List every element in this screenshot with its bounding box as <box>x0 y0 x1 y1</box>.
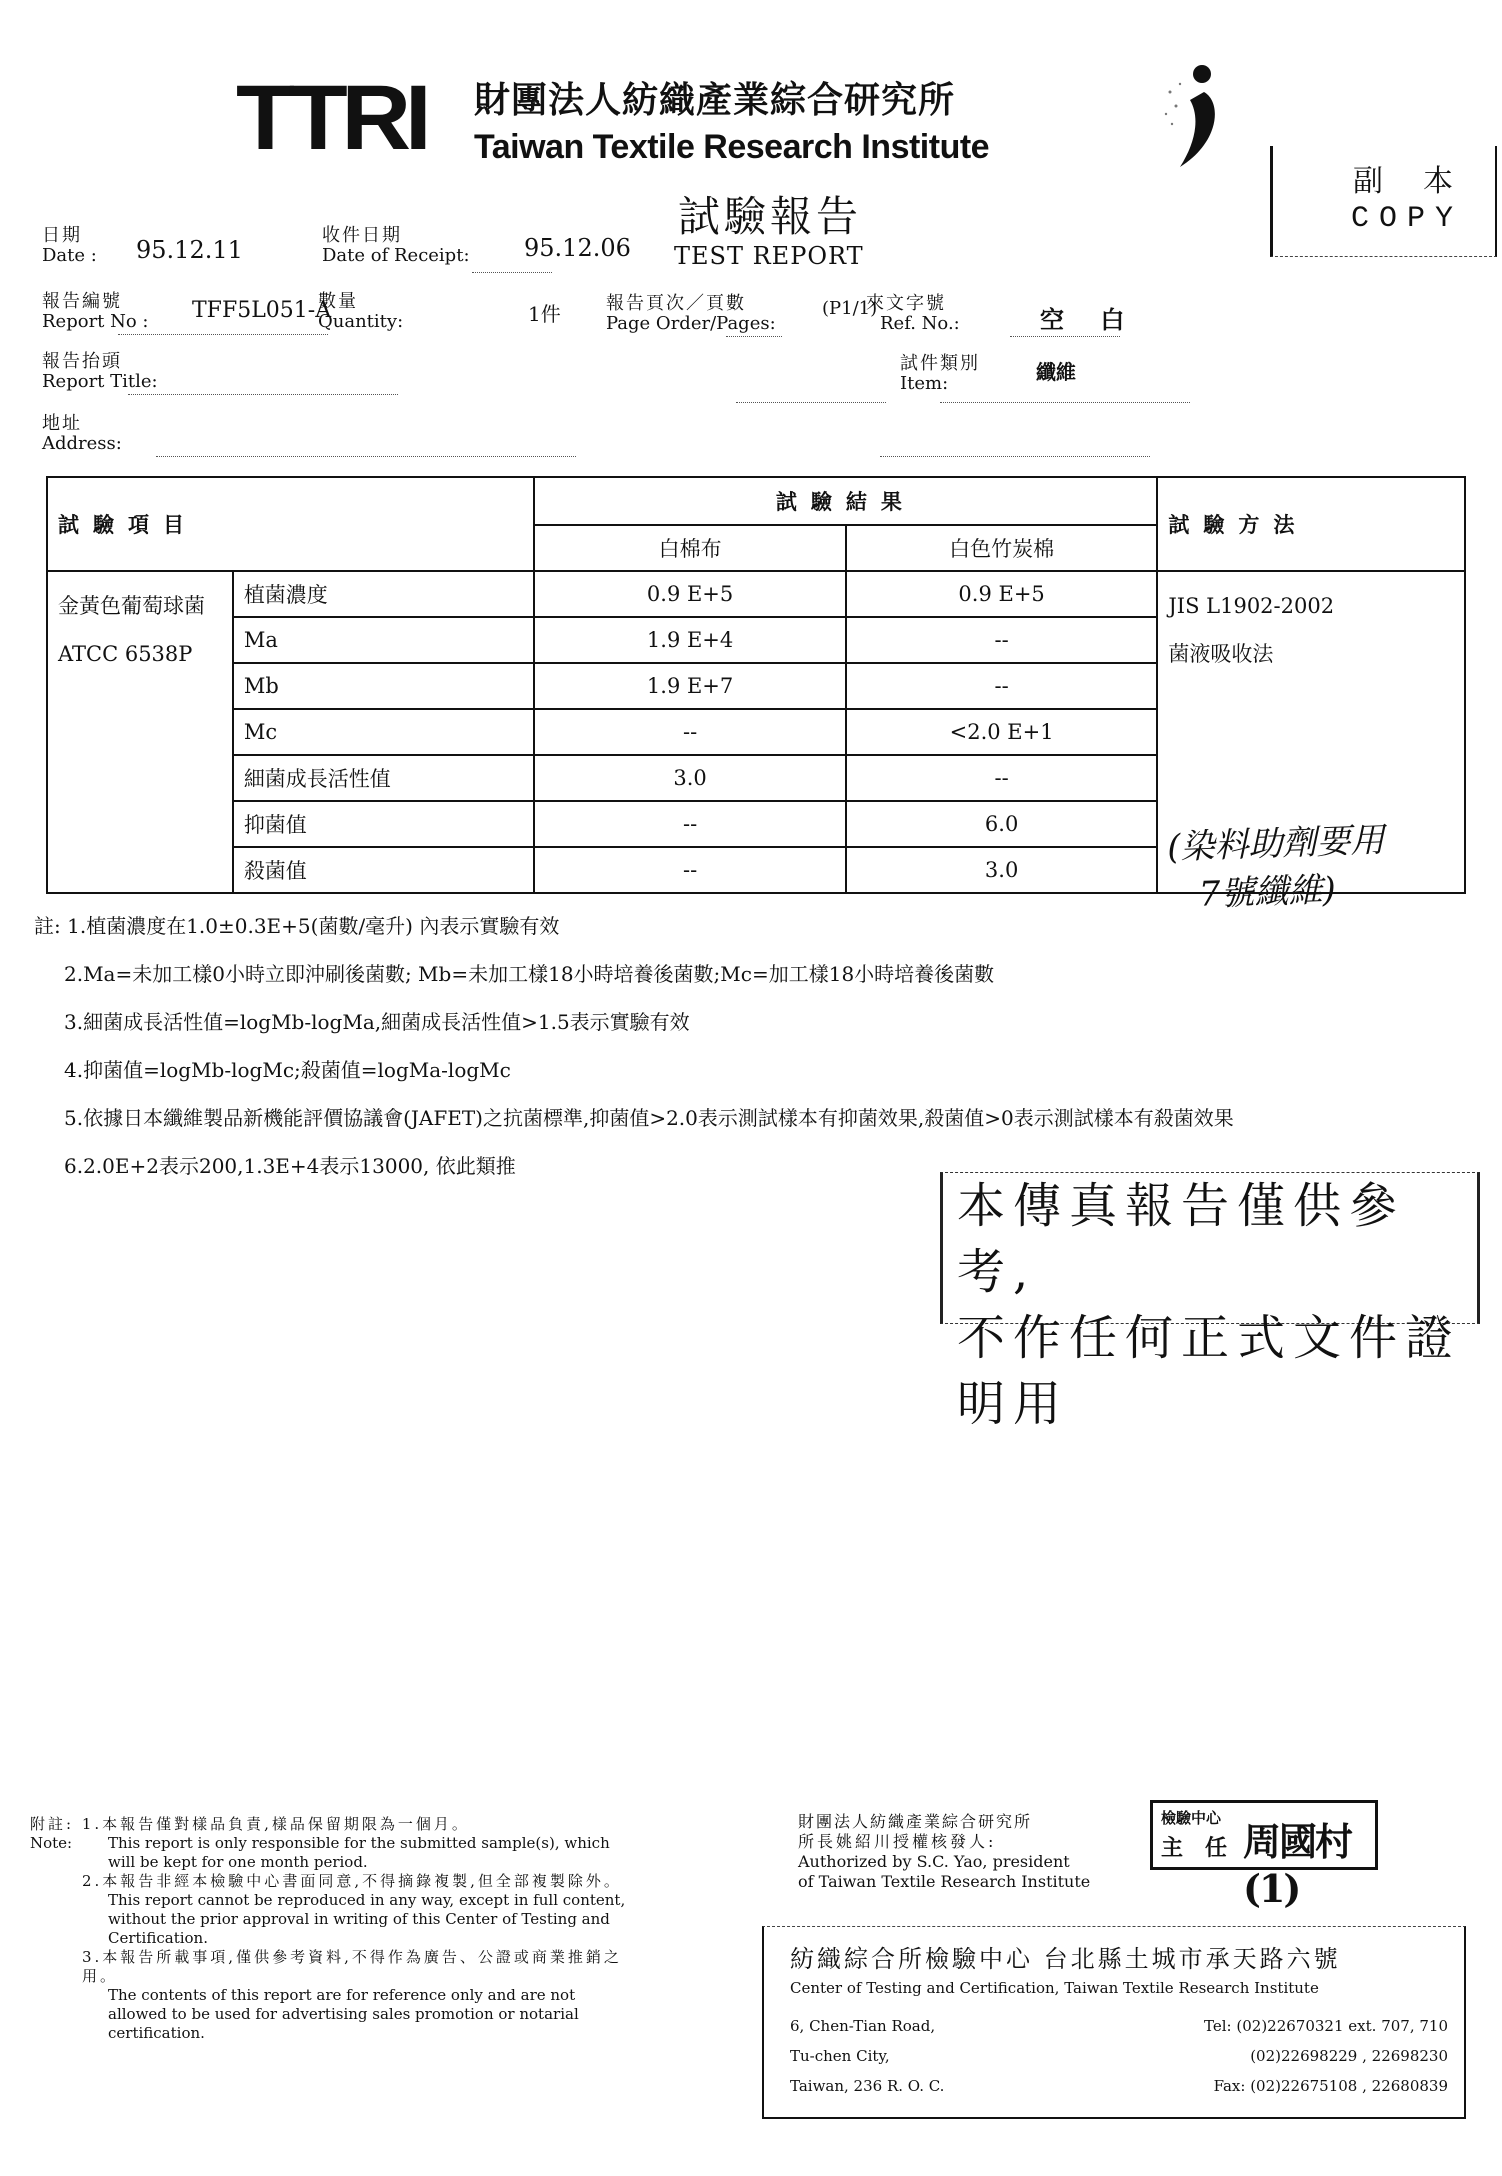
address-label: 地址Address: <box>42 414 122 454</box>
row-label: 殺菌值 <box>233 847 535 893</box>
report-no-value: TFF5L051-A <box>192 300 331 322</box>
report-title-cn: 試驗報告 <box>678 196 862 238</box>
row-value-a: 1.9 E+4 <box>534 617 846 663</box>
pages-label: 報告頁次／頁數Page Order/Pages: <box>606 294 776 334</box>
header-test-method: 試驗方法 <box>1157 477 1465 571</box>
organism-name: 金黃色葡萄球菌 <box>58 582 222 630</box>
row-value-a: -- <box>534 847 846 893</box>
footer-notes: 附註: 1.本報告僅對樣品負責,樣品保留期限為一個月。 Note: This r… <box>30 1815 630 2043</box>
method-standard: JIS L1902-2002 <box>1168 582 1454 630</box>
row-value-a: -- <box>534 801 846 847</box>
date-label: 日期Date : <box>42 226 97 266</box>
row-value-a: 3.0 <box>534 755 846 801</box>
authorization-block: 財團法人紡織產業綜合研究所 所長姚紹川授權核發人: Authorized by … <box>798 1812 1090 1892</box>
item-value: 纖維 <box>1036 356 1076 385</box>
row-value-b: 3.0 <box>846 847 1158 893</box>
org-name-en: Taiwan Textile Research Institute <box>474 130 989 164</box>
organism-cell: 金黃色葡萄球菌 ATCC 6538P <box>47 571 233 893</box>
row-value-b: 6.0 <box>846 801 1158 847</box>
row-label: Mc <box>233 709 535 755</box>
row-label: 細菌成長活性值 <box>233 755 535 801</box>
header-sample-b: 白色竹炭棉 <box>846 525 1158 571</box>
ref-no-label: 來文字號Ref. No.: <box>780 294 960 334</box>
receipt-date-label: 收件日期Date of Receipt: <box>322 226 470 266</box>
quantity-label: 數量Quantity: <box>318 292 403 332</box>
row-value-a: 1.9 E+7 <box>534 663 846 709</box>
report-title-label: 報告抬頭Report Title: <box>42 352 158 392</box>
date-value: 95.12.11 <box>136 238 243 262</box>
telephone-alt: (02)22698229 , 22698230 <box>1250 2047 1448 2065</box>
row-value-b: -- <box>846 663 1158 709</box>
row-label: 抑菌值 <box>233 801 535 847</box>
note-item: 5.依據日本纖維製品新機能評價協議會(JAFET)之抗菌標準,抑菌值>2.0表示… <box>34 1094 1234 1142</box>
row-value-b: <2.0 E+1 <box>846 709 1158 755</box>
item-label: 試件類別Item: <box>900 354 980 394</box>
row-value-a: 0.9 E+5 <box>534 571 846 617</box>
header-test-results: 試驗結果 <box>534 477 1157 525</box>
row-value-a: -- <box>534 709 846 755</box>
note-item: 2.Ma=未加工樣0小時立即沖刷後菌數; Mb=未加工樣18小時培養後菌數;Mc… <box>34 950 1234 998</box>
table-row: 金黃色葡萄球菌 ATCC 6538P 植菌濃度 0.9 E+5 0.9 E+5 … <box>47 571 1465 617</box>
copy-stamp-en: COPY <box>1351 202 1463 236</box>
address-block: 紡織綜合所檢驗中心 台北縣土城市承天路六號 Center of Testing … <box>762 1926 1466 2119</box>
fax-reference-stamp: 本傳真報告僅供參考, 不作任何正式文件證明用 <box>940 1172 1480 1324</box>
organism-code: ATCC 6538P <box>58 630 222 678</box>
row-label: Mb <box>233 663 535 709</box>
row-value-b: 0.9 E+5 <box>846 571 1158 617</box>
ttri-logo: TTRI <box>236 72 425 164</box>
row-value-b: -- <box>846 617 1158 663</box>
copy-stamp: 副本 COPY <box>1270 146 1497 257</box>
notes-section: 註: 1.植菌濃度在1.0±0.3E+5(菌數/毫升) 內表示實驗有效 2.Ma… <box>34 902 1234 1190</box>
note-item: 4.抑菌值=logMb-logMc;殺菌值=logMa-logMc <box>34 1046 1234 1094</box>
report-no-label: 報告編號Report No : <box>42 292 149 332</box>
header-test-item: 試驗項目 <box>47 477 534 571</box>
method-name: 菌液吸收法 <box>1168 630 1454 678</box>
receipt-date-value: 95.12.06 <box>524 236 631 260</box>
note-item: 3.細菌成長活性值=logMb-logMa,細菌成長活性值>1.5表示實驗有效 <box>34 998 1234 1046</box>
row-label: Ma <box>233 617 535 663</box>
row-label: 植菌濃度 <box>233 571 535 617</box>
ref-no-value: 空 白 <box>1040 300 1138 335</box>
copy-stamp-cn: 副本 <box>1353 156 1493 200</box>
quantity-value: 1件 <box>528 298 561 327</box>
director-seal: 檢驗中心 主任 周國村(1) <box>1150 1800 1378 1870</box>
header-sample-a: 白棉布 <box>534 525 846 571</box>
fax-number: Fax: (02)22675108 , 22680839 <box>1214 2077 1448 2095</box>
row-value-b: -- <box>846 755 1158 801</box>
note-item: 註: 1.植菌濃度在1.0±0.3E+5(菌數/毫升) 內表示實驗有效 <box>34 902 1234 950</box>
ttri-swoosh-icon <box>1160 62 1230 172</box>
report-title-en: TEST REPORT <box>674 244 864 268</box>
telephone: Tel: (02)22670321 ext. 707, 710 <box>1204 2017 1448 2035</box>
org-name-cn: 財團法人紡織產業綜合研究所 <box>474 82 955 118</box>
